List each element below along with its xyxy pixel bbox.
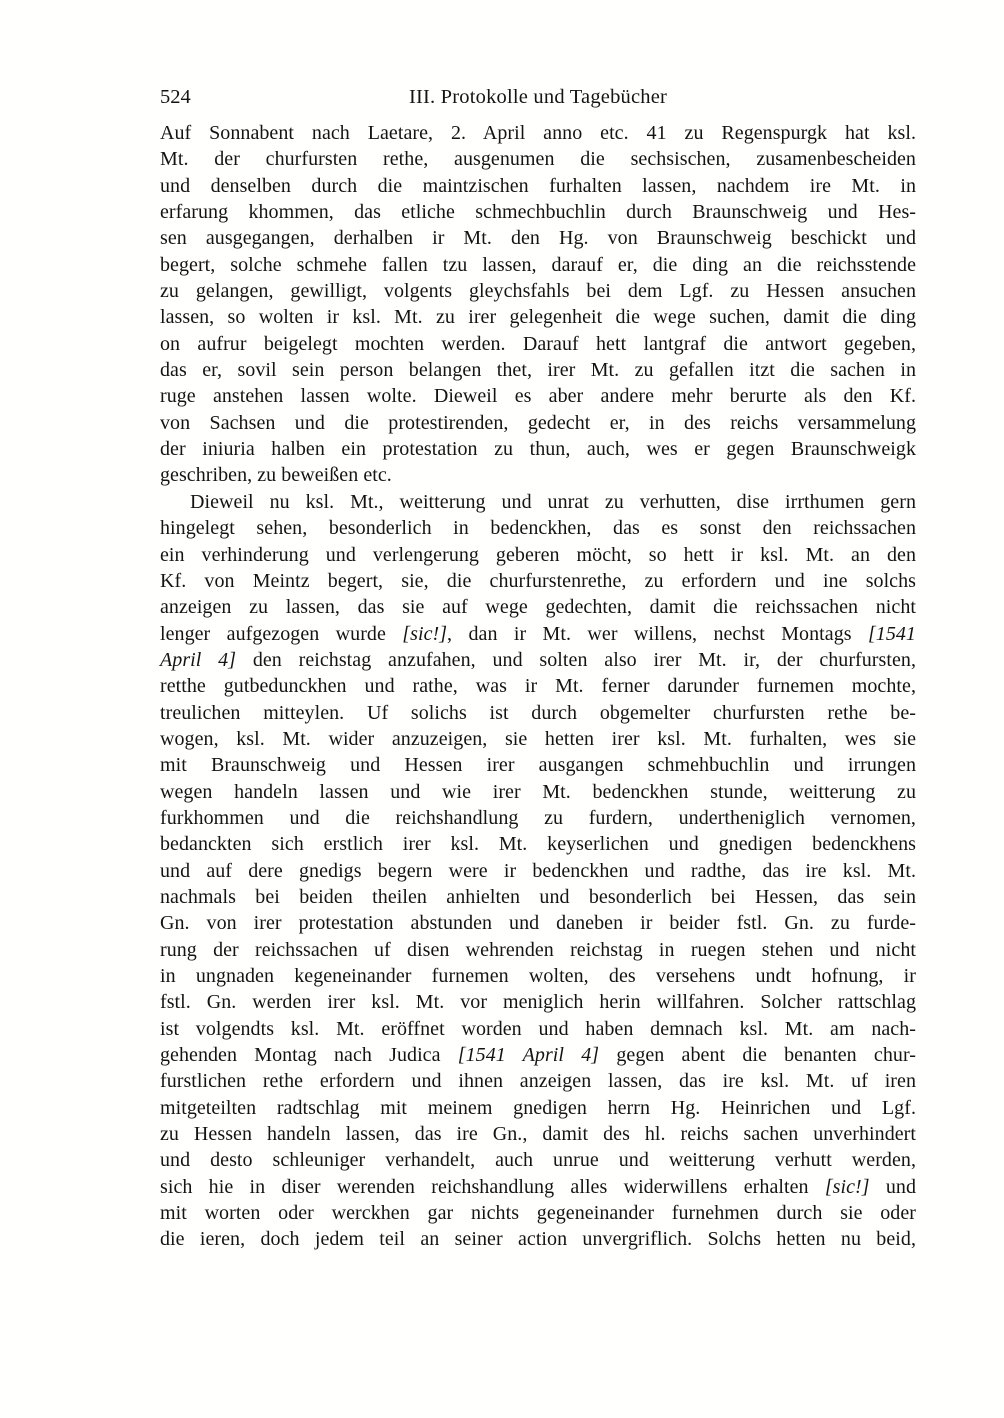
text-segment: die ieren, doch jedem teil an seiner act… — [160, 1228, 916, 1250]
text-segment: Mt. der churfursten rethe, ausgenumen di… — [160, 148, 916, 170]
text-line: Dieweil nu ksl. Mt., weitterung und unra… — [160, 489, 916, 515]
text-line: sen ausgegangen, derhalben ir Mt. den Hg… — [160, 225, 916, 251]
text-line: und auf dere gnedigs begern were ir bede… — [160, 858, 916, 884]
text-line: ein verhinderung und verlengerung gebere… — [160, 542, 916, 568]
text-segment: und auf dere gnedigs begern were ir bede… — [160, 860, 916, 882]
text-segment: anzeigen zu lassen, das sie auf wege ged… — [160, 596, 916, 618]
text-line: rung der reichssachen uf disen wehrenden… — [160, 937, 916, 963]
text-segment: ruge anstehen lassen wolte. Dieweil es a… — [160, 385, 916, 407]
text-segment: lassen, so wolten ir ksl. Mt. zu irer ge… — [160, 306, 916, 328]
text-segment: zu Hessen handeln lassen, das ire Gn., d… — [160, 1123, 916, 1145]
text-line: zu gelangen, gewilligt, volgents gleychs… — [160, 278, 916, 304]
book-page: 524 III. Protokolle und Tagebücher Auf S… — [0, 0, 1004, 1418]
editorial-insertion-italic: [sic!] — [825, 1176, 870, 1198]
text-line: wegen handeln lassen und wie irer Mt. be… — [160, 779, 916, 805]
text-segment: on aufrur beigelegt mochten werden. Dara… — [160, 333, 916, 355]
text-segment: gehenden Montag nach Judica — [160, 1044, 458, 1066]
text-segment: und — [870, 1176, 916, 1198]
text-segment: und desto schleuniger verhandelt, auch u… — [160, 1149, 916, 1171]
text-segment: erfarung khommen, das etliche schmechbuc… — [160, 201, 916, 223]
text-line: furkhommen und die reichshandlung zu fur… — [160, 805, 916, 831]
text-line: treulichen mitteylen. Uf solichs ist dur… — [160, 700, 916, 726]
text-segment: das er, sovil sein person belangen thet,… — [160, 359, 916, 381]
text-line: der iniuria halben ein protestation zu t… — [160, 436, 916, 462]
text-line: zu Hessen handeln lassen, das ire Gn., d… — [160, 1121, 916, 1147]
text-segment: mit worten oder werckhen gar nichts gege… — [160, 1202, 916, 1224]
text-line: das er, sovil sein person belangen thet,… — [160, 357, 916, 383]
text-segment: ein verhinderung und verlengerung gebere… — [160, 544, 916, 566]
text-line: von Sachsen und die protestirenden, gede… — [160, 410, 916, 436]
text-segment: hingelegt sehen, besonderlich in bedenck… — [160, 517, 916, 539]
text-segment: Auf Sonnabent nach Laetare, 2. April ann… — [160, 122, 916, 144]
editorial-insertion-italic: [1541 — [868, 623, 916, 645]
text-segment: mitgeteilten radtschlag mit meinem gnedi… — [160, 1097, 916, 1119]
text-segment: furstlichen rethe erfordern und ihnen an… — [160, 1070, 916, 1092]
text-segment: den reichstag anzufahen, und solten also… — [236, 649, 916, 671]
text-segment: wogen, ksl. Mt. wider anzuzeigen, sie he… — [160, 728, 916, 750]
editorial-insertion-italic: April 4] — [160, 649, 236, 671]
text-segment: geschriben, zu beweißen etc. — [160, 464, 392, 486]
text-line: ist volgendts ksl. Mt. eröffnet worden u… — [160, 1016, 916, 1042]
text-segment: retthe gutbedunckhen und rathe, was ir M… — [160, 675, 916, 697]
text-line: Gn. von irer protestation abstunden und … — [160, 910, 916, 936]
text-segment: bedanckten sich erstlich irer ksl. Mt. k… — [160, 833, 916, 855]
text-segment: wegen handeln lassen und wie irer Mt. be… — [160, 781, 916, 803]
body-text: Auf Sonnabent nach Laetare, 2. April ann… — [160, 120, 916, 1253]
text-line: ruge anstehen lassen wolte. Dieweil es a… — [160, 383, 916, 409]
text-segment: fstl. Gn. werden irer ksl. Mt. vor menig… — [160, 991, 916, 1013]
text-line: gehenden Montag nach Judica [1541 April … — [160, 1042, 916, 1068]
text-segment: zu gelangen, gewilligt, volgents gleychs… — [160, 280, 916, 302]
text-line: nachmals bei beiden theilen anhielten un… — [160, 884, 916, 910]
text-line: die ieren, doch jedem teil an seiner act… — [160, 1226, 916, 1252]
text-segment: rung der reichssachen uf disen wehrenden… — [160, 939, 916, 961]
text-segment: Gn. von irer protestation abstunden und … — [160, 912, 916, 934]
text-line: hingelegt sehen, besonderlich in bedenck… — [160, 515, 916, 541]
text-segment: lenger aufgezogen wurde — [160, 623, 402, 645]
text-line: lenger aufgezogen wurde [sic!], dan ir M… — [160, 621, 916, 647]
text-segment: und denselben durch die maintzischen fur… — [160, 175, 916, 197]
text-segment: sen ausgegangen, derhalben ir Mt. den Hg… — [160, 227, 916, 249]
text-line: begert, solche schmehe fallen tzu lassen… — [160, 252, 916, 278]
text-segment: Kf. von Meintz begert, sie, die churfurs… — [160, 570, 916, 592]
text-segment: begert, solche schmehe fallen tzu lassen… — [160, 254, 916, 276]
text-line: anzeigen zu lassen, das sie auf wege ged… — [160, 594, 916, 620]
text-line: retthe gutbedunckhen und rathe, was ir M… — [160, 673, 916, 699]
text-line: bedanckten sich erstlich irer ksl. Mt. k… — [160, 831, 916, 857]
page-header: 524 III. Protokolle und Tagebücher — [160, 84, 916, 110]
text-line: sich hie in diser werenden reichshandlun… — [160, 1174, 916, 1200]
text-line: in ungnaden kegeneinander furnemen wolte… — [160, 963, 916, 989]
text-line: und desto schleuniger verhandelt, auch u… — [160, 1147, 916, 1173]
text-segment: in ungnaden kegeneinander furnemen wolte… — [160, 965, 916, 987]
editorial-insertion-italic: [sic!] — [402, 623, 447, 645]
text-line: fstl. Gn. werden irer ksl. Mt. vor menig… — [160, 989, 916, 1015]
text-line: und denselben durch die maintzischen fur… — [160, 173, 916, 199]
text-segment: Dieweil nu ksl. Mt., weitterung und unra… — [190, 491, 916, 513]
text-line: wogen, ksl. Mt. wider anzuzeigen, sie he… — [160, 726, 916, 752]
editorial-insertion-italic: [1541 April 4] — [458, 1044, 599, 1066]
text-line: Auf Sonnabent nach Laetare, 2. April ann… — [160, 120, 916, 146]
text-segment: furkhommen und die reichshandlung zu fur… — [160, 807, 916, 829]
text-segment: von Sachsen und die protestirenden, gede… — [160, 412, 916, 434]
text-line: mitgeteilten radtschlag mit meinem gnedi… — [160, 1095, 916, 1121]
text-line: mit Braunschweig und Hessen irer ausgang… — [160, 752, 916, 778]
text-line: furstlichen rethe erfordern und ihnen an… — [160, 1068, 916, 1094]
text-line: erfarung khommen, das etliche schmechbuc… — [160, 199, 916, 225]
text-line: Mt. der churfursten rethe, ausgenumen di… — [160, 146, 916, 172]
text-segment: , dan ir Mt. wer willens, nechst Montags — [447, 623, 868, 645]
text-line: April 4] den reichstag anzufahen, und so… — [160, 647, 916, 673]
text-line: lassen, so wolten ir ksl. Mt. zu irer ge… — [160, 304, 916, 330]
text-segment: mit Braunschweig und Hessen irer ausgang… — [160, 754, 916, 776]
text-line: geschriben, zu beweißen etc. — [160, 462, 916, 488]
text-segment: ist volgendts ksl. Mt. eröffnet worden u… — [160, 1018, 916, 1040]
text-segment: nachmals bei beiden theilen anhielten un… — [160, 886, 916, 908]
text-segment: gegen abent die benanten chur- — [599, 1044, 916, 1066]
text-line: on aufrur beigelegt mochten werden. Dara… — [160, 331, 916, 357]
text-segment: sich hie in diser werenden reichshandlun… — [160, 1176, 825, 1198]
text-segment: treulichen mitteylen. Uf solichs ist dur… — [160, 702, 916, 724]
text-line: mit worten oder werckhen gar nichts gege… — [160, 1200, 916, 1226]
text-segment: der iniuria halben ein protestation zu t… — [160, 438, 916, 460]
text-line: Kf. von Meintz begert, sie, die churfurs… — [160, 568, 916, 594]
running-head-title: III. Protokolle und Tagebücher — [160, 84, 916, 110]
